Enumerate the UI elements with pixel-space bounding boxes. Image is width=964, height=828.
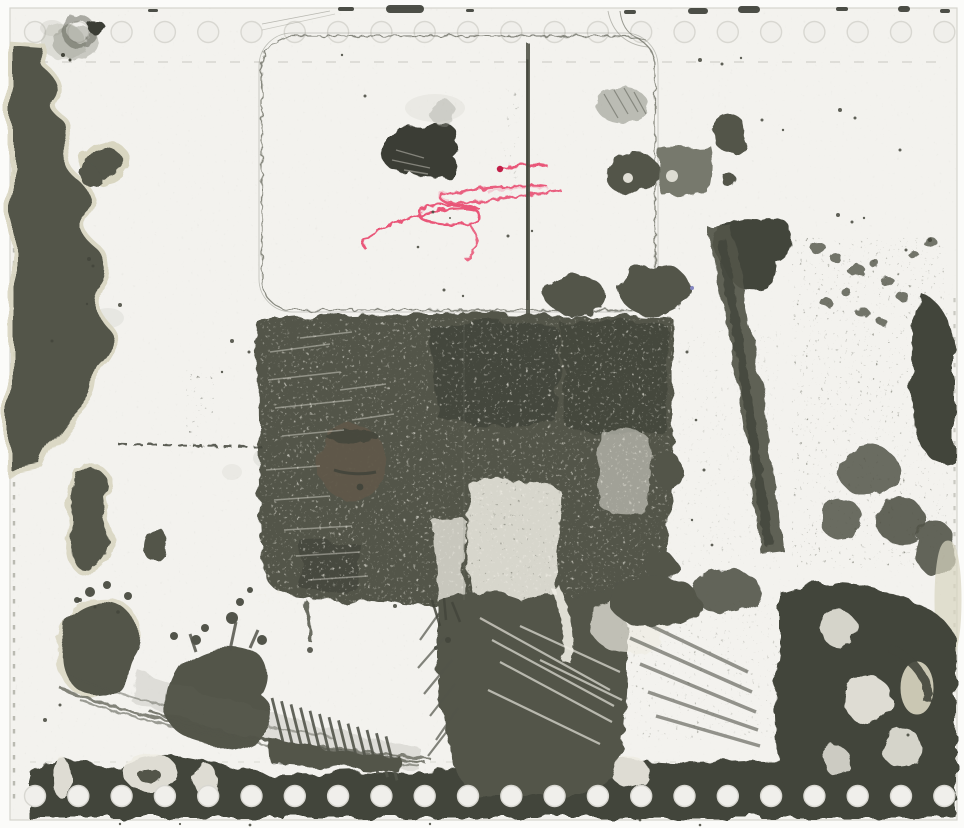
ink-speck xyxy=(364,95,367,98)
punched-hole xyxy=(371,786,392,807)
ink-speck xyxy=(531,230,533,232)
ink-speck xyxy=(179,823,181,825)
edge-dash xyxy=(13,612,15,617)
edge-dash xyxy=(953,298,955,302)
scanned-artwork: Abstract black-and-olive monotype ink pr… xyxy=(0,0,964,828)
ink-speck xyxy=(249,824,252,827)
ink-speck xyxy=(445,637,451,643)
edge-dash xyxy=(953,506,955,510)
pre-block-blob-right xyxy=(619,264,691,316)
ink-speck xyxy=(43,718,47,722)
edge-dash xyxy=(13,664,15,669)
ink-speck xyxy=(429,823,431,825)
punched-hole xyxy=(804,22,825,43)
speck-blob xyxy=(896,291,908,301)
speck-blob xyxy=(877,318,887,326)
fuzzy-hatch-blob xyxy=(596,87,648,123)
edge-dash xyxy=(13,677,15,682)
edge-dash xyxy=(13,729,15,734)
speck-blob xyxy=(881,277,895,287)
punched-hole xyxy=(414,786,435,807)
punched-hole xyxy=(154,22,175,43)
edge-ink-mark xyxy=(466,9,474,12)
ink-speck xyxy=(116,610,120,614)
ink-speck xyxy=(905,249,908,252)
punched-hole xyxy=(284,786,305,807)
ink-speck xyxy=(851,221,854,224)
edge-dash xyxy=(13,534,15,539)
punched-hole xyxy=(501,22,522,43)
block-edge-blob-2 xyxy=(644,551,676,579)
ink-speck xyxy=(761,119,764,122)
ink-speck xyxy=(639,819,642,822)
mass-white-hole xyxy=(844,676,892,724)
punched-hole xyxy=(458,22,479,43)
punched-hole xyxy=(717,786,738,807)
mass-white-hole xyxy=(820,610,856,646)
speck-blob xyxy=(869,259,879,267)
punched-hole xyxy=(761,786,782,807)
central-ink-block xyxy=(257,313,682,605)
block-white-column xyxy=(432,520,466,600)
ink-speck xyxy=(393,604,397,608)
ink-speck xyxy=(87,257,91,261)
punched-hole xyxy=(631,786,652,807)
edge-dash xyxy=(953,311,955,315)
punched-hole xyxy=(328,22,349,43)
edge-dash xyxy=(13,599,15,604)
patch-rect xyxy=(657,145,712,195)
ink-speck xyxy=(711,544,714,547)
edge-dash xyxy=(953,324,955,328)
edge-dash xyxy=(13,586,15,591)
right-mass-blob xyxy=(838,444,898,496)
edge-dash xyxy=(13,703,15,708)
ink-speck xyxy=(86,303,88,305)
drip-dot xyxy=(103,581,111,589)
speck-blob xyxy=(820,297,832,307)
punched-hole xyxy=(587,22,608,43)
edge-dash xyxy=(13,508,15,513)
edge-dash xyxy=(13,716,15,721)
block-white-patch-right xyxy=(598,429,650,515)
punched-hole xyxy=(328,786,349,807)
ink-speck xyxy=(703,469,706,472)
edge-dash xyxy=(13,690,15,695)
ink-speck xyxy=(863,217,865,219)
ink-speck xyxy=(836,213,840,217)
speck-blob xyxy=(847,264,865,276)
drip-dot xyxy=(170,632,178,640)
dot-blob xyxy=(722,173,736,187)
edge-dash xyxy=(13,638,15,643)
edge-dash xyxy=(13,560,15,565)
punched-hole xyxy=(68,786,89,807)
smudge-column-core xyxy=(527,60,528,300)
punched-hole xyxy=(544,786,565,807)
punched-hole xyxy=(371,22,392,43)
edge-dash xyxy=(13,755,15,760)
speck-blob xyxy=(841,288,851,296)
punched-hole xyxy=(761,22,782,43)
punched-hole xyxy=(198,786,219,807)
mid-dark-blob-2 xyxy=(694,570,762,614)
ink-speck xyxy=(695,419,698,422)
punched-hole xyxy=(847,786,868,807)
punched-hole xyxy=(25,786,46,807)
ink-speck xyxy=(928,238,932,242)
bay-dark-specks xyxy=(466,482,562,600)
ink-oval xyxy=(88,22,106,35)
ink-speck xyxy=(699,824,702,827)
crayon-dot xyxy=(497,166,503,172)
drip-dot xyxy=(236,598,244,606)
edge-dash xyxy=(13,794,15,799)
gap-inner-blob xyxy=(138,769,162,783)
punched-hole xyxy=(111,22,132,43)
edge-ink-mark xyxy=(688,8,708,14)
speck-blob xyxy=(855,307,869,317)
punched-hole xyxy=(674,786,695,807)
edge-ink-mark xyxy=(338,7,354,11)
ink-speck xyxy=(119,823,121,825)
ink-speck xyxy=(92,265,95,268)
drip-dot xyxy=(257,635,267,645)
artwork-canvas xyxy=(0,0,964,828)
ink-speck xyxy=(854,117,857,120)
punched-hole xyxy=(241,786,262,807)
patch-hole xyxy=(666,170,678,182)
ink-speck xyxy=(341,54,343,56)
punched-hole xyxy=(934,22,955,43)
punched-hole xyxy=(198,22,219,43)
punched-hole xyxy=(154,786,175,807)
ink-speck xyxy=(434,646,438,650)
smudge-column-fuzz xyxy=(504,90,520,200)
drip-dot xyxy=(201,624,209,632)
brown-circle-dot xyxy=(357,484,364,491)
punched-hole xyxy=(241,22,262,43)
ink-speck xyxy=(907,734,910,737)
ink-speck xyxy=(838,108,842,112)
edge-ink-mark xyxy=(898,6,910,12)
punched-hole xyxy=(717,22,738,43)
ink-speck xyxy=(432,211,435,214)
punched-hole xyxy=(587,786,608,807)
ink-speck xyxy=(417,246,420,249)
speck-blob xyxy=(909,251,919,259)
edge-dash xyxy=(13,547,15,552)
edge-ink-mark xyxy=(386,5,424,13)
punched-hole xyxy=(501,786,522,807)
ink-speck xyxy=(443,289,446,292)
punched-hole xyxy=(544,22,565,43)
ink-speck xyxy=(221,371,223,373)
mid-dark-blob xyxy=(610,576,700,628)
punched-hole xyxy=(847,22,868,43)
punched-hole xyxy=(891,786,912,807)
edge-dash xyxy=(13,742,15,747)
edge-dash xyxy=(953,519,955,523)
edge-dash xyxy=(953,467,955,471)
punched-hole xyxy=(458,786,479,807)
ink-speck xyxy=(449,217,451,219)
edge-dash xyxy=(13,495,15,500)
drip-dot xyxy=(85,587,95,597)
speck-blob xyxy=(830,253,842,263)
ink-speck xyxy=(899,149,902,152)
ink-speck xyxy=(740,57,742,59)
ink-speck xyxy=(94,606,97,609)
edge-dash xyxy=(13,573,15,578)
edge-dash xyxy=(13,521,15,526)
ink-speck xyxy=(921,741,923,743)
speck-column xyxy=(186,370,214,448)
speck xyxy=(69,59,72,62)
edge-dash xyxy=(953,493,955,497)
speck-blob xyxy=(810,242,826,254)
punched-hole xyxy=(674,22,695,43)
edge-dash xyxy=(953,532,955,536)
edge-dash xyxy=(13,781,15,786)
ink-speck xyxy=(507,235,510,238)
edge-dash xyxy=(13,768,15,773)
ink-speck xyxy=(118,303,122,307)
punched-hole xyxy=(111,786,132,807)
speck xyxy=(61,53,65,57)
edge-ink-mark xyxy=(836,7,848,11)
ink-speck xyxy=(698,58,702,62)
punched-hole xyxy=(891,22,912,43)
edge-dash xyxy=(13,625,15,630)
ink-speck xyxy=(230,339,234,343)
edge-dash xyxy=(953,480,955,484)
ink-speck xyxy=(307,647,313,653)
mass-white-hole xyxy=(822,746,850,774)
ink-speck xyxy=(462,295,464,297)
gray-smudge xyxy=(222,464,242,480)
ink-speck xyxy=(721,63,724,66)
ink-speck xyxy=(782,129,784,131)
ink-speck xyxy=(329,784,332,787)
punched-hole xyxy=(934,786,955,807)
pre-block-blob-left xyxy=(545,275,605,315)
ink-speck xyxy=(78,598,82,602)
heart-blob-hole xyxy=(623,173,633,183)
mass-white-hole xyxy=(882,728,922,768)
knob-neck xyxy=(81,165,99,187)
charcoal-shadow xyxy=(428,100,456,124)
ink-speck xyxy=(59,704,62,707)
drip-dot xyxy=(247,587,253,593)
ink-speck xyxy=(691,519,693,521)
edge-ink-mark xyxy=(148,9,158,12)
punched-hole xyxy=(414,22,435,43)
lavender-speck xyxy=(690,286,694,290)
edge-dash xyxy=(13,482,15,487)
edge-ink-mark xyxy=(624,10,636,14)
edge-ink-mark xyxy=(738,6,760,13)
punched-hole xyxy=(804,786,825,807)
edge-dash xyxy=(13,651,15,656)
edge-dash xyxy=(953,337,955,341)
ink-speck xyxy=(51,340,54,343)
right-mass-blob xyxy=(820,500,864,540)
ink-speck xyxy=(686,351,689,354)
edge-ink-mark xyxy=(940,9,950,13)
drip-dot xyxy=(124,592,132,600)
ink-speck xyxy=(248,351,251,354)
